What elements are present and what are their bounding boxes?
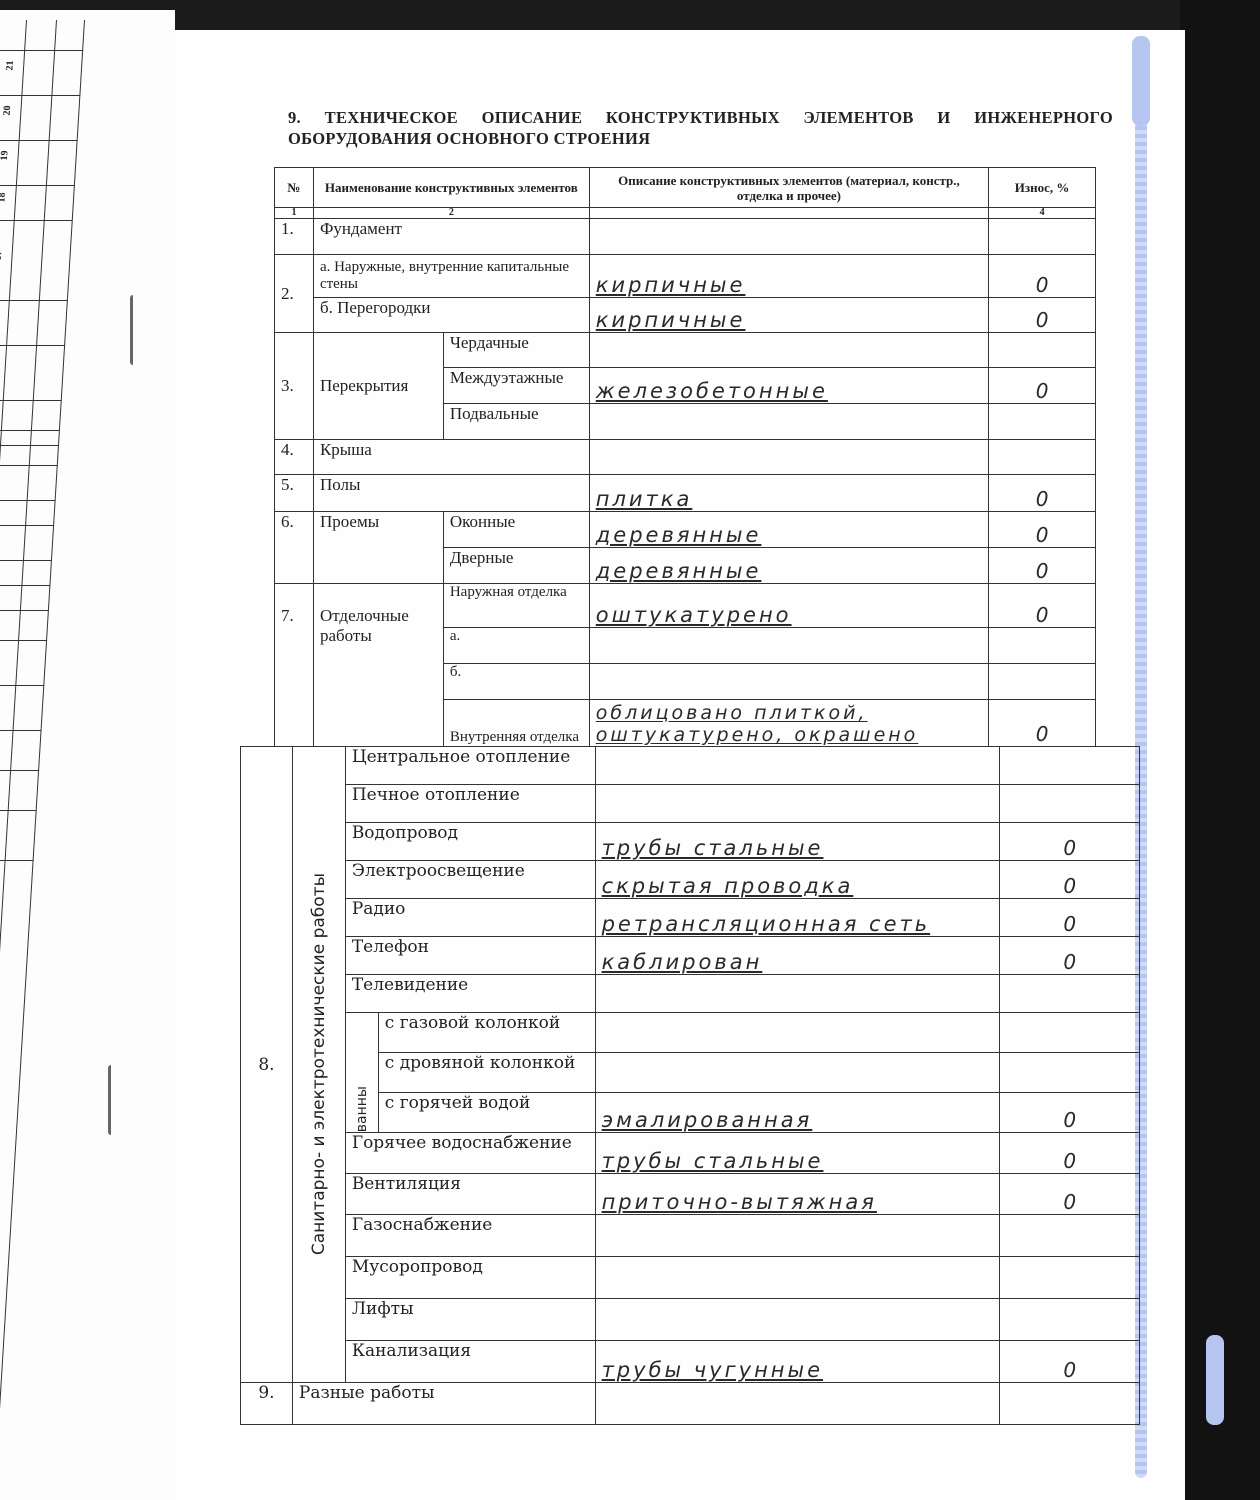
row-wear: 0	[989, 255, 1096, 298]
row-name: Полы	[313, 475, 589, 512]
table-row: 2. а. Наружные, внутренние капитальные с…	[275, 255, 1096, 298]
row-desc	[595, 1299, 1000, 1341]
row-wear: 0	[989, 298, 1096, 333]
left-page: 21 20 19 18 17 16 15	[0, 10, 175, 1500]
column-number: 21	[4, 55, 16, 77]
table-row: 8. Санитарно- и электротехнические работ…	[241, 747, 1140, 785]
row-name: Фундамент	[313, 219, 589, 255]
row-wear: 0	[989, 548, 1096, 584]
row-desc	[595, 747, 1000, 785]
row-desc: облицовано плиткой, оштукатурено, окраше…	[589, 700, 988, 747]
row-desc: кирпичные	[589, 255, 988, 298]
elements-table-upper: № Наименование конструктивных элементов …	[274, 167, 1096, 747]
sub-name: Электроосвещение	[345, 861, 595, 899]
scanner-background-right	[1180, 0, 1260, 1500]
table-row: 6. Проемы Оконные деревянные 0	[275, 512, 1096, 548]
row-desc: деревянные	[589, 548, 988, 584]
column-number: 19	[0, 145, 11, 167]
left-page-grid: 21 20 19 18 17 16 15	[0, 20, 90, 1440]
staple-icon	[130, 295, 143, 365]
seal-ornament-icon	[1132, 36, 1150, 126]
row-name: б. Перегородки	[313, 298, 589, 333]
row-desc	[595, 785, 1000, 823]
sub-name: Телефон	[345, 937, 595, 975]
sub-name: Лифты	[345, 1299, 595, 1341]
row-num: 7.	[275, 584, 314, 747]
table-row: 4. Крыша	[275, 440, 1096, 475]
table-row: Газоснабжение	[241, 1215, 1140, 1257]
table-row: Печное отопление	[241, 785, 1140, 823]
table-row: Канализация трубы чугунные 0	[241, 1341, 1140, 1383]
row-wear: 0	[1000, 823, 1140, 861]
row-desc	[595, 975, 1000, 1013]
sub-name: с газовой колонкой	[378, 1013, 595, 1053]
row-wear	[989, 219, 1096, 255]
row-num: 2.	[275, 255, 314, 333]
table-row: Вентиляция приточно-вытяжная 0	[241, 1174, 1140, 1215]
table-row: Лифты	[241, 1299, 1140, 1341]
row-desc	[595, 1215, 1000, 1257]
table-row: Электроосвещение скрытая проводка 0	[241, 861, 1140, 899]
row-wear	[989, 333, 1096, 368]
sub-name: Мусоропровод	[345, 1257, 595, 1299]
header-description: Описание конструктивных элементов (матер…	[589, 168, 988, 208]
row-wear	[1000, 1013, 1140, 1053]
row-num: 4.	[275, 440, 314, 475]
row-wear: 0	[1000, 937, 1140, 975]
row-wear	[1000, 975, 1140, 1013]
table-row: Телефон каблирован 0	[241, 937, 1140, 975]
row-wear: 0	[1000, 899, 1140, 937]
row-desc: трубы чугунные	[595, 1341, 1000, 1383]
row-wear: 0	[989, 475, 1096, 512]
row-wear: 0	[1000, 1174, 1140, 1215]
row-wear	[989, 628, 1096, 664]
row-desc	[589, 219, 988, 255]
row-desc	[589, 664, 988, 700]
row-name: Отделочные работы	[313, 584, 443, 747]
table-row: Горячее водоснабжение трубы стальные 0	[241, 1133, 1140, 1174]
header-name: Наименование конструктивных элементов	[313, 168, 589, 208]
row-desc: скрытая проводка	[595, 861, 1000, 899]
table-row: 7. Отделочные работы Наружная отделка ош…	[275, 584, 1096, 628]
row-desc	[589, 333, 988, 368]
staple-icon	[108, 1065, 121, 1135]
row-desc: оштукатурено	[589, 584, 988, 628]
row-desc: кирпичные	[589, 298, 988, 333]
row-desc	[589, 628, 988, 664]
table-header-row: № Наименование конструктивных элементов …	[275, 168, 1096, 208]
row-name: Проемы	[313, 512, 443, 584]
header-wear: Износ, %	[989, 168, 1096, 208]
table-row: 3. Перекрытия Чердачные	[275, 333, 1096, 368]
table-row: 5. Полы плитка 0	[275, 475, 1096, 512]
sub-name: Печное отопление	[345, 785, 595, 823]
row-wear: 0	[989, 512, 1096, 548]
table-row: 9. Разные работы	[241, 1383, 1140, 1425]
table-row: Радио ретрансляционная сеть 0	[241, 899, 1140, 937]
sub-name: Дверные	[443, 548, 589, 584]
sub-name: Наружная отделка	[443, 584, 589, 628]
row-desc: приточно-вытяжная	[595, 1174, 1000, 1215]
table-row: Телевидение	[241, 975, 1140, 1013]
row-wear	[1000, 1215, 1140, 1257]
row-num: 1.	[275, 219, 314, 255]
row-name: Разные работы	[292, 1383, 595, 1425]
seal-ornament-icon	[1206, 1335, 1224, 1425]
sub-name: Газоснабжение	[345, 1215, 595, 1257]
row-wear: 0	[1000, 861, 1140, 899]
row-desc	[589, 404, 988, 440]
scanner-background	[0, 0, 1260, 30]
column-number: 20	[1, 100, 13, 122]
row-wear	[989, 440, 1096, 475]
sub-name: с дровяной колонкой	[378, 1053, 595, 1093]
row-name: Перекрытия	[313, 333, 443, 440]
row-desc: плитка	[589, 475, 988, 512]
sub-name: а.	[443, 628, 589, 664]
row-desc: ретрансляционная сеть	[595, 899, 1000, 937]
table-row: ванны с газовой колонкой	[241, 1013, 1140, 1053]
row-num: 5.	[275, 475, 314, 512]
row-wear	[1000, 1299, 1140, 1341]
row-desc: железобетонные	[589, 368, 988, 404]
row-num: 6.	[275, 512, 314, 584]
row-name: Крыша	[313, 440, 589, 475]
table-row: Водопровод трубы стальные 0	[241, 823, 1140, 861]
row-wear	[989, 404, 1096, 440]
row-wear: 0	[989, 584, 1096, 628]
row-desc	[595, 1013, 1000, 1053]
sub-name: Водопровод	[345, 823, 595, 861]
row-wear: 0	[1000, 1341, 1140, 1383]
row-num: 8.	[241, 747, 293, 1383]
row-desc	[595, 1257, 1000, 1299]
row-desc: каблирован	[595, 937, 1000, 975]
row-wear: 0	[1000, 1133, 1140, 1174]
elements-table-lower: 8. Санитарно- и электротехнические работ…	[240, 746, 1140, 1425]
row-wear	[1000, 1257, 1140, 1299]
table-row: б. Перегородки кирпичные 0	[275, 298, 1096, 333]
table-row: 1. Фундамент	[275, 219, 1096, 255]
sub-name: Канализация	[345, 1341, 595, 1383]
sub-name: Центральное отопление	[345, 747, 595, 785]
sub-name: Телевидение	[345, 975, 595, 1013]
row-wear	[1000, 785, 1140, 823]
table-row: Мусоропровод	[241, 1257, 1140, 1299]
baths-label: ванны	[345, 1013, 378, 1133]
sub-name: Радио	[345, 899, 595, 937]
sub-name: Подвальные	[443, 404, 589, 440]
section-title: 9. ТЕХНИЧЕСКОЕ ОПИСАНИЕ КОНСТРУКТИВНЫХ Э…	[288, 107, 1113, 149]
sub-name: с горячей водой	[378, 1093, 595, 1133]
row-wear	[989, 664, 1096, 700]
header-num: №	[275, 168, 314, 208]
row-wear: 0	[1000, 1093, 1140, 1133]
sub-name: б.	[443, 664, 589, 700]
row-desc	[589, 440, 988, 475]
row-wear	[1000, 747, 1140, 785]
column-number: 18	[0, 187, 8, 209]
column-number-row: 1 2 4	[275, 208, 1096, 219]
row-wear: 0	[989, 368, 1096, 404]
row-wear	[1000, 1383, 1140, 1425]
group-label: Санитарно- и электротехнические работы	[292, 747, 345, 1383]
row-wear: 0	[989, 700, 1096, 747]
row-name: а. Наружные, внутренние капитальные стен…	[313, 255, 589, 298]
row-num: 9.	[241, 1383, 293, 1425]
row-wear	[1000, 1053, 1140, 1093]
row-desc	[595, 1053, 1000, 1093]
sub-name: Вентиляция	[345, 1174, 595, 1215]
sub-name: Внутренняя отделка	[443, 700, 589, 747]
row-desc	[595, 1383, 1000, 1425]
row-desc: трубы стальные	[595, 1133, 1000, 1174]
sub-name: Горячее водоснабжение	[345, 1133, 595, 1174]
row-desc: эмалированная	[595, 1093, 1000, 1133]
sub-name: Оконные	[443, 512, 589, 548]
row-desc: деревянные	[589, 512, 988, 548]
row-num: 3.	[275, 333, 314, 440]
sub-name: Чердачные	[443, 333, 589, 368]
row-desc: трубы стальные	[595, 823, 1000, 861]
sub-name: Междуэтажные	[443, 368, 589, 404]
